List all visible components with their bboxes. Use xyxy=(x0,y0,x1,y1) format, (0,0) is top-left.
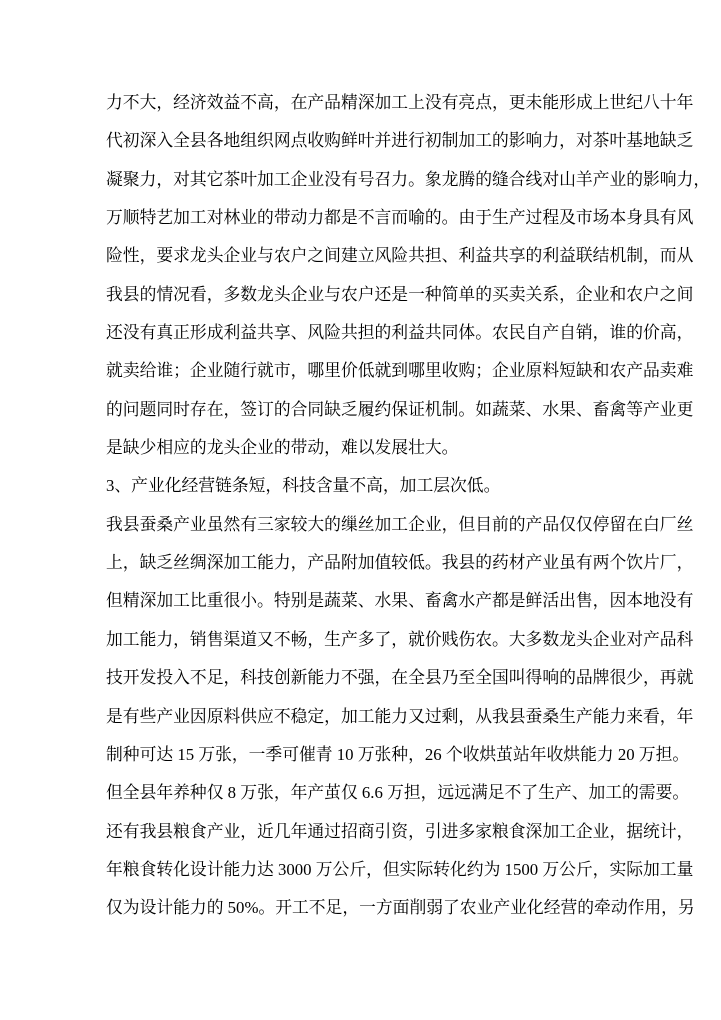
text-line: 我县蚕桑产业虽然有三家较大的缫丝加工企业，但目前的产品仅仅停留在白厂丝 xyxy=(106,506,615,544)
text-line: 制种可达 15 万张，一季可催青 10 万张种，26 个收烘茧站年收烘能力 20… xyxy=(106,736,615,774)
text-line: 万顺特艺加工对林业的带动力都是不言而喻的。由于生产过程及市场本身具有风 xyxy=(106,199,615,237)
document-page: 力不大，经济效益不高，在产品精深加工上没有亮点，更未能形成上世纪八十年 代初深入… xyxy=(0,0,721,1020)
text-line: 就卖给谁；企业随行就市，哪里价低就到哪里收购；企业原料短缺和农产品卖难 xyxy=(106,352,615,390)
text-line: 是有些产业因原料供应不稳定，加工能力又过剩，从我县蚕桑生产能力来看，年 xyxy=(106,698,615,736)
section-heading-line: 3、产业化经营链条短，科技含量不高，加工层次低。 xyxy=(106,467,615,505)
text-line: 还没有真正形成利益共享、风险共担的利益共同体。农民自产自销，谁的价高， xyxy=(106,314,615,352)
text-line: 代初深入全县各地组织网点收购鲜叶并进行初制加工的影响力，对茶叶基地缺乏 xyxy=(106,122,615,160)
text-line: 力不大，经济效益不高，在产品精深加工上没有亮点，更未能形成上世纪八十年 xyxy=(106,84,615,122)
text-line: 还有我县粮食产业，近几年通过招商引资，引进多家粮食深加工企业，据统计， xyxy=(106,813,615,851)
text-line: 的问题同时存在，签订的合同缺乏履约保证机制。如蔬菜、水果、畜禽等产业更 xyxy=(106,391,615,429)
text-line: 技开发投入不足，科技创新能力不强，在全县乃至全国叫得响的品牌很少，再就 xyxy=(106,659,615,697)
text-line: 上，缺乏丝绸深加工能力，产品附加值较低。我县的药材产业虽有两个饮片厂， xyxy=(106,544,615,582)
text-line: 加工能力，销售渠道又不畅，生产多了，就价贱伤农。大多数龙头企业对产品科 xyxy=(106,621,615,659)
text-line: 年粮食转化设计能力达 3000 万公斤，但实际转化约为 1500 万公斤，实际加… xyxy=(106,851,615,889)
text-line: 但全县年养种仅 8 万张，年产茧仅 6.6 万担，远远满足不了生产、加工的需要。 xyxy=(106,774,615,812)
text-line: 是缺少相应的龙头企业的带动，难以发展壮大。 xyxy=(106,429,615,467)
text-line: 但精深加工比重很小。特别是蔬菜、水果、畜禽水产都是鲜活出售，因本地没有 xyxy=(106,582,615,620)
text-line: 我县的情况看，多数龙头企业与农户还是一种简单的买卖关系，企业和农户之间 xyxy=(106,276,615,314)
text-line: 仅为设计能力的 50%。开工不足，一方面削弱了农业产业化经营的牵动作用，另 xyxy=(106,889,615,927)
text-line: 凝聚力，对其它茶叶加工企业没有号召力。象龙腾的缝合线对山羊产业的影响力， xyxy=(106,161,615,199)
text-line: 险性，要求龙头企业与农户之间建立风险共担、利益共享的利益联结机制，而从 xyxy=(106,237,615,275)
